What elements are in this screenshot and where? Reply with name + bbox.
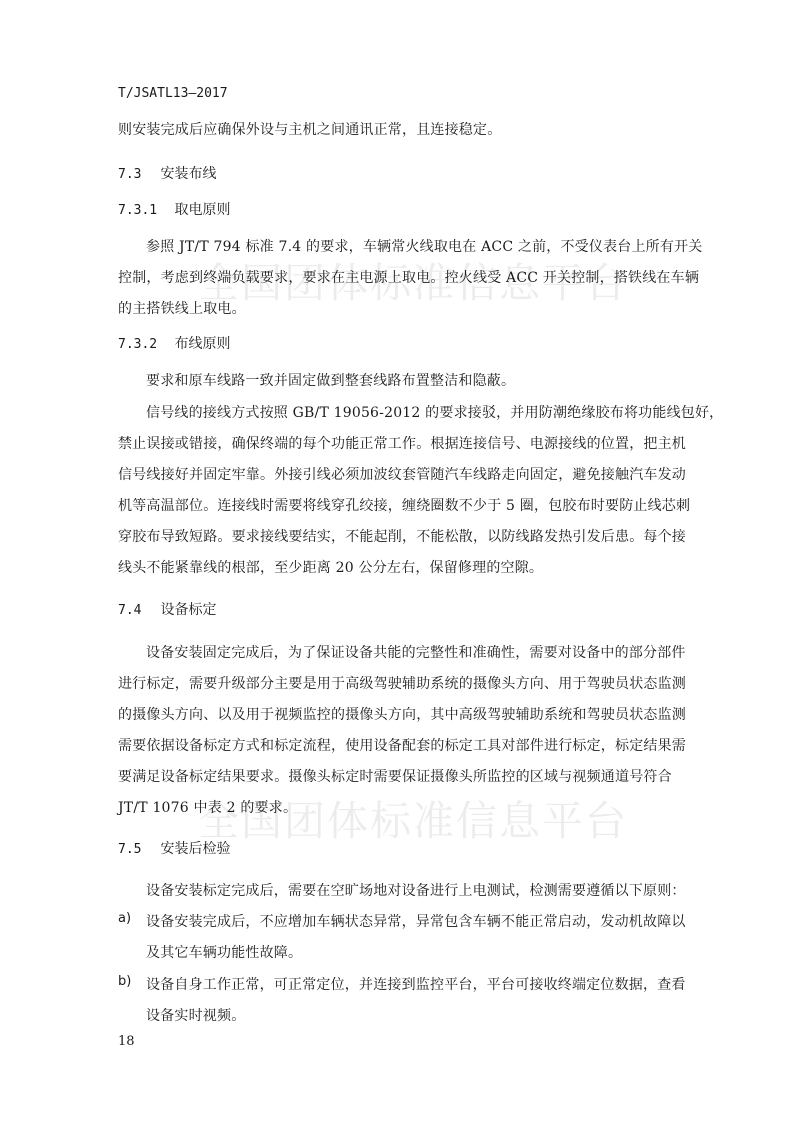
paragraph-line: 需要依据设备标定方式和标定流程，使用设备配套的标定工具对部件进行标定，标定结果需 bbox=[118, 735, 686, 755]
paragraph-line: 禁止误接或错接，确保终端的每个功能正常工作。根据连接信号、电源接线的位置，把主机 bbox=[118, 433, 686, 453]
list-item-line: 设备自身工作正常，可正常定位，并连接到监控平台，平台可接收终端定位数据，查看 bbox=[146, 974, 686, 994]
paragraph-line: 要满足设备标定结果要求。摄像头标定时需要保证摄像头所监控的区域与视频通道号符合 bbox=[118, 766, 672, 786]
paragraph-line: 参照 JT/T 794 标准 7.4 的要求，车辆常火线取电在 ACC 之前，不… bbox=[146, 236, 702, 256]
section-number: 7.5 bbox=[118, 842, 156, 857]
paragraph-line: 线头不能紧靠线的根部，至少距离 20 公分左右，保留修理的空隙。 bbox=[118, 557, 543, 577]
section-number: 7.3.1 bbox=[118, 203, 170, 218]
list-item-label: b) bbox=[118, 974, 131, 989]
paragraph-line: 信号线的接线方式按照 GB/T 19056-2012 的要求接驳，并用防潮绝缘胶… bbox=[146, 402, 723, 422]
section-heading-7-3: 7.3 安装布线 bbox=[118, 163, 216, 183]
paragraph-line: 信号线接好并固定牢靠。外接引线必须加波纹套管随汽车线路走向固定，避免接触汽车发动 bbox=[118, 464, 686, 484]
list-item-line: 设备安装完成后，不应增加车辆状态异常，异常包含车辆不能正常启动，发动机故障以 bbox=[146, 911, 686, 931]
paragraph-line: 穿胶布导致短路。要求接线要结实，不能起削，不能松散，以防线路发热引发后患。每个接 bbox=[118, 526, 686, 546]
list-item-label: a) bbox=[118, 911, 131, 926]
paragraph-line: JT/T 1076 中表 2 的要求。 bbox=[118, 797, 297, 817]
section-heading-7-3-2: 7.3.2 布线原则 bbox=[118, 333, 230, 353]
section-heading-7-3-1: 7.3.1 取电原则 bbox=[118, 199, 230, 219]
paragraph-line: 进行标定，需要升级部分主要是用于高级驾驶辅助系统的摄像头方向、用于驾驶员状态监测 bbox=[118, 673, 686, 693]
section-number: 7.3 bbox=[118, 167, 156, 182]
paragraph-line: 的摄像头方向、以及用于视频监控的摄像头方向，其中高级驾驶辅助系统和驾驶员状态监测 bbox=[118, 704, 686, 724]
paragraph-line: 要求和原车线路一致并固定做到整套线路布置整洁和隐蔽。 bbox=[146, 370, 515, 390]
paragraph-line: 控制，考虑到终端负载要求，要求在主电源上取电。控火线受 ACC 开关控制，搭铁线… bbox=[118, 267, 699, 287]
paragraph-line: 的主搭铁线上取电。 bbox=[118, 298, 246, 318]
paragraph-line: 设备安装固定完成后，为了保证设备共能的完整性和准确性，需要对设备中的部分部件 bbox=[146, 642, 686, 662]
section-title: 安装布线 bbox=[160, 166, 216, 182]
list-item-line: 及其它车辆功能性故障。 bbox=[146, 942, 302, 962]
section-heading-7-4: 7.4 设备标定 bbox=[118, 599, 216, 619]
section-heading-7-5: 7.5 安装后检验 bbox=[118, 838, 230, 858]
paragraph-line: 机等高温部位。连接线时需要将线穿孔绞接，缠绕圈数不少于 5 圈，包胶布时要防止线… bbox=[118, 495, 690, 515]
section-title: 安装后检验 bbox=[160, 841, 230, 857]
section-number: 7.4 bbox=[118, 603, 156, 618]
section-title: 取电原则 bbox=[174, 202, 230, 218]
page-number: 18 bbox=[118, 1034, 135, 1049]
document-id-header: T/JSATL13—2017 bbox=[118, 86, 228, 101]
section-number: 7.3.2 bbox=[118, 337, 170, 352]
paragraph-line: 则安装完成后应确保外设与主机之间通讯正常，且连接稳定。 bbox=[118, 119, 501, 139]
paragraph-line: 设备安装标定完成后，需要在空旷场地对设备进行上电测试，检测需要遵循以下原则： bbox=[146, 880, 686, 900]
section-title: 设备标定 bbox=[160, 602, 216, 618]
list-item-line: 设备实时视频。 bbox=[146, 1005, 245, 1025]
section-title: 布线原则 bbox=[174, 336, 230, 352]
